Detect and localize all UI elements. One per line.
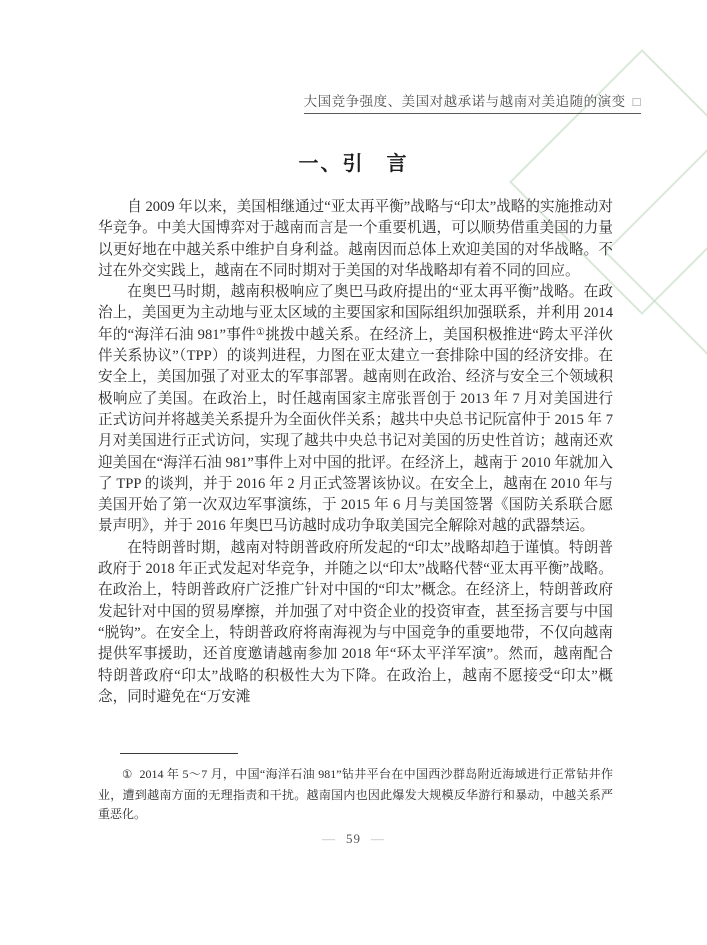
footnote-divider [120,753,238,754]
paragraph-obama-era-text: 挑拨中越关系。在经济上，美国积极推进“跨太平洋伙伴关系协议”（TPP）的谈判进程… [98,327,613,535]
paragraph-intro: 自 2009 年以来，美国相继通过“亚太再平衡”战略与“印太”战略的实施推动对华… [98,197,613,282]
header-square-marker: □ [633,94,641,109]
page-number-value: 59 [346,831,361,846]
page-number-dash-right: — [371,831,385,846]
section-title: 一、引 言 [0,147,707,176]
paragraph-obama-era: 在奥巴马时期，越南积极响应了奥巴马政府提出的“亚太再平衡”战略。在政治上，美国更… [98,282,613,538]
footnote-text: 2014 年 5～7 月，中国“海洋石油 981”钻井平台在中国西沙群岛附近海域… [98,767,613,821]
footnote-reference-1: ① [256,327,265,338]
paragraph-trump-era: 在特朗普时期，越南对特朗普政府所发起的“印太”战略却趋于谨慎。特朗普政府于 20… [98,538,613,708]
footnote: ①2014 年 5～7 月，中国“海洋石油 981”钻井平台在中国西沙群岛附近海… [98,765,613,825]
running-header-title: 大国竞争强度、美国对越承诺与越南对美追随的演变 [304,94,626,109]
footnote-marker: ① [122,769,133,781]
article-body: 自 2009 年以来，美国相继通过“亚太再平衡”战略与“印太”战略的实施推动对华… [98,197,613,708]
document-page: 大国竞争强度、美国对越承诺与越南对美追随的演变□ 一、引 言 自 2009 年以… [0,0,707,945]
running-header-underline: 大国竞争强度、美国对越承诺与越南对美追随的演变□ [304,90,641,114]
running-header: 大国竞争强度、美国对越承诺与越南对美追随的演变□ [304,90,641,114]
page-number: —59— [0,831,707,847]
page-number-dash-left: — [322,831,336,846]
